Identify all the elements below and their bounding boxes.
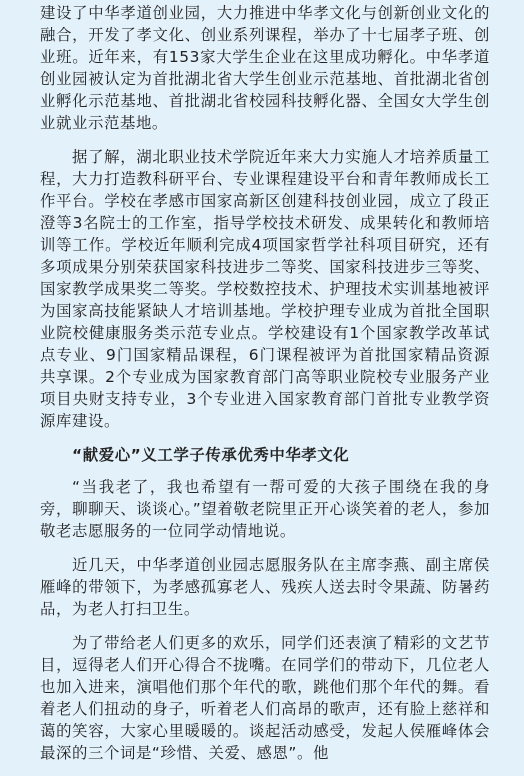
paragraph-performance: 为了带给老人们更多的欢乐，同学们还表演了精彩的文艺节目，逗得老人们开心得合不拢嘴… — [40, 632, 490, 646]
paragraph-volunteer-visit: 近几天，中华孝道创业园志愿服务队在主席李燕、副主席侯雁峰的带领下，为孝感孤寡老人… — [40, 554, 490, 620]
section-headline: “献爱心”义工学子传承优秀中华孝文化 — [40, 444, 490, 466]
paragraph-incubation-park: 建设了中华孝道创业园，大力推进中华孝文化与创新创业文化的融合，开发了孝文化、创业… — [40, 2, 490, 134]
article-body: 建设了中华孝道创业园，大力推进中华孝文化与创新创业文化的融合，开发了孝文化、创业… — [40, 2, 490, 646]
paragraph-college-achievements: 据了解，湖北职业技术学院近年来大力实施人才培养质量工程，大力打造教科研平台、专业… — [40, 146, 490, 432]
paragraph-volunteer-quote: “当我老了，我也希望有一帮可爱的大孩子围绕在我的身旁，聊聊天、谈谈心。”望着敬老… — [40, 476, 490, 542]
